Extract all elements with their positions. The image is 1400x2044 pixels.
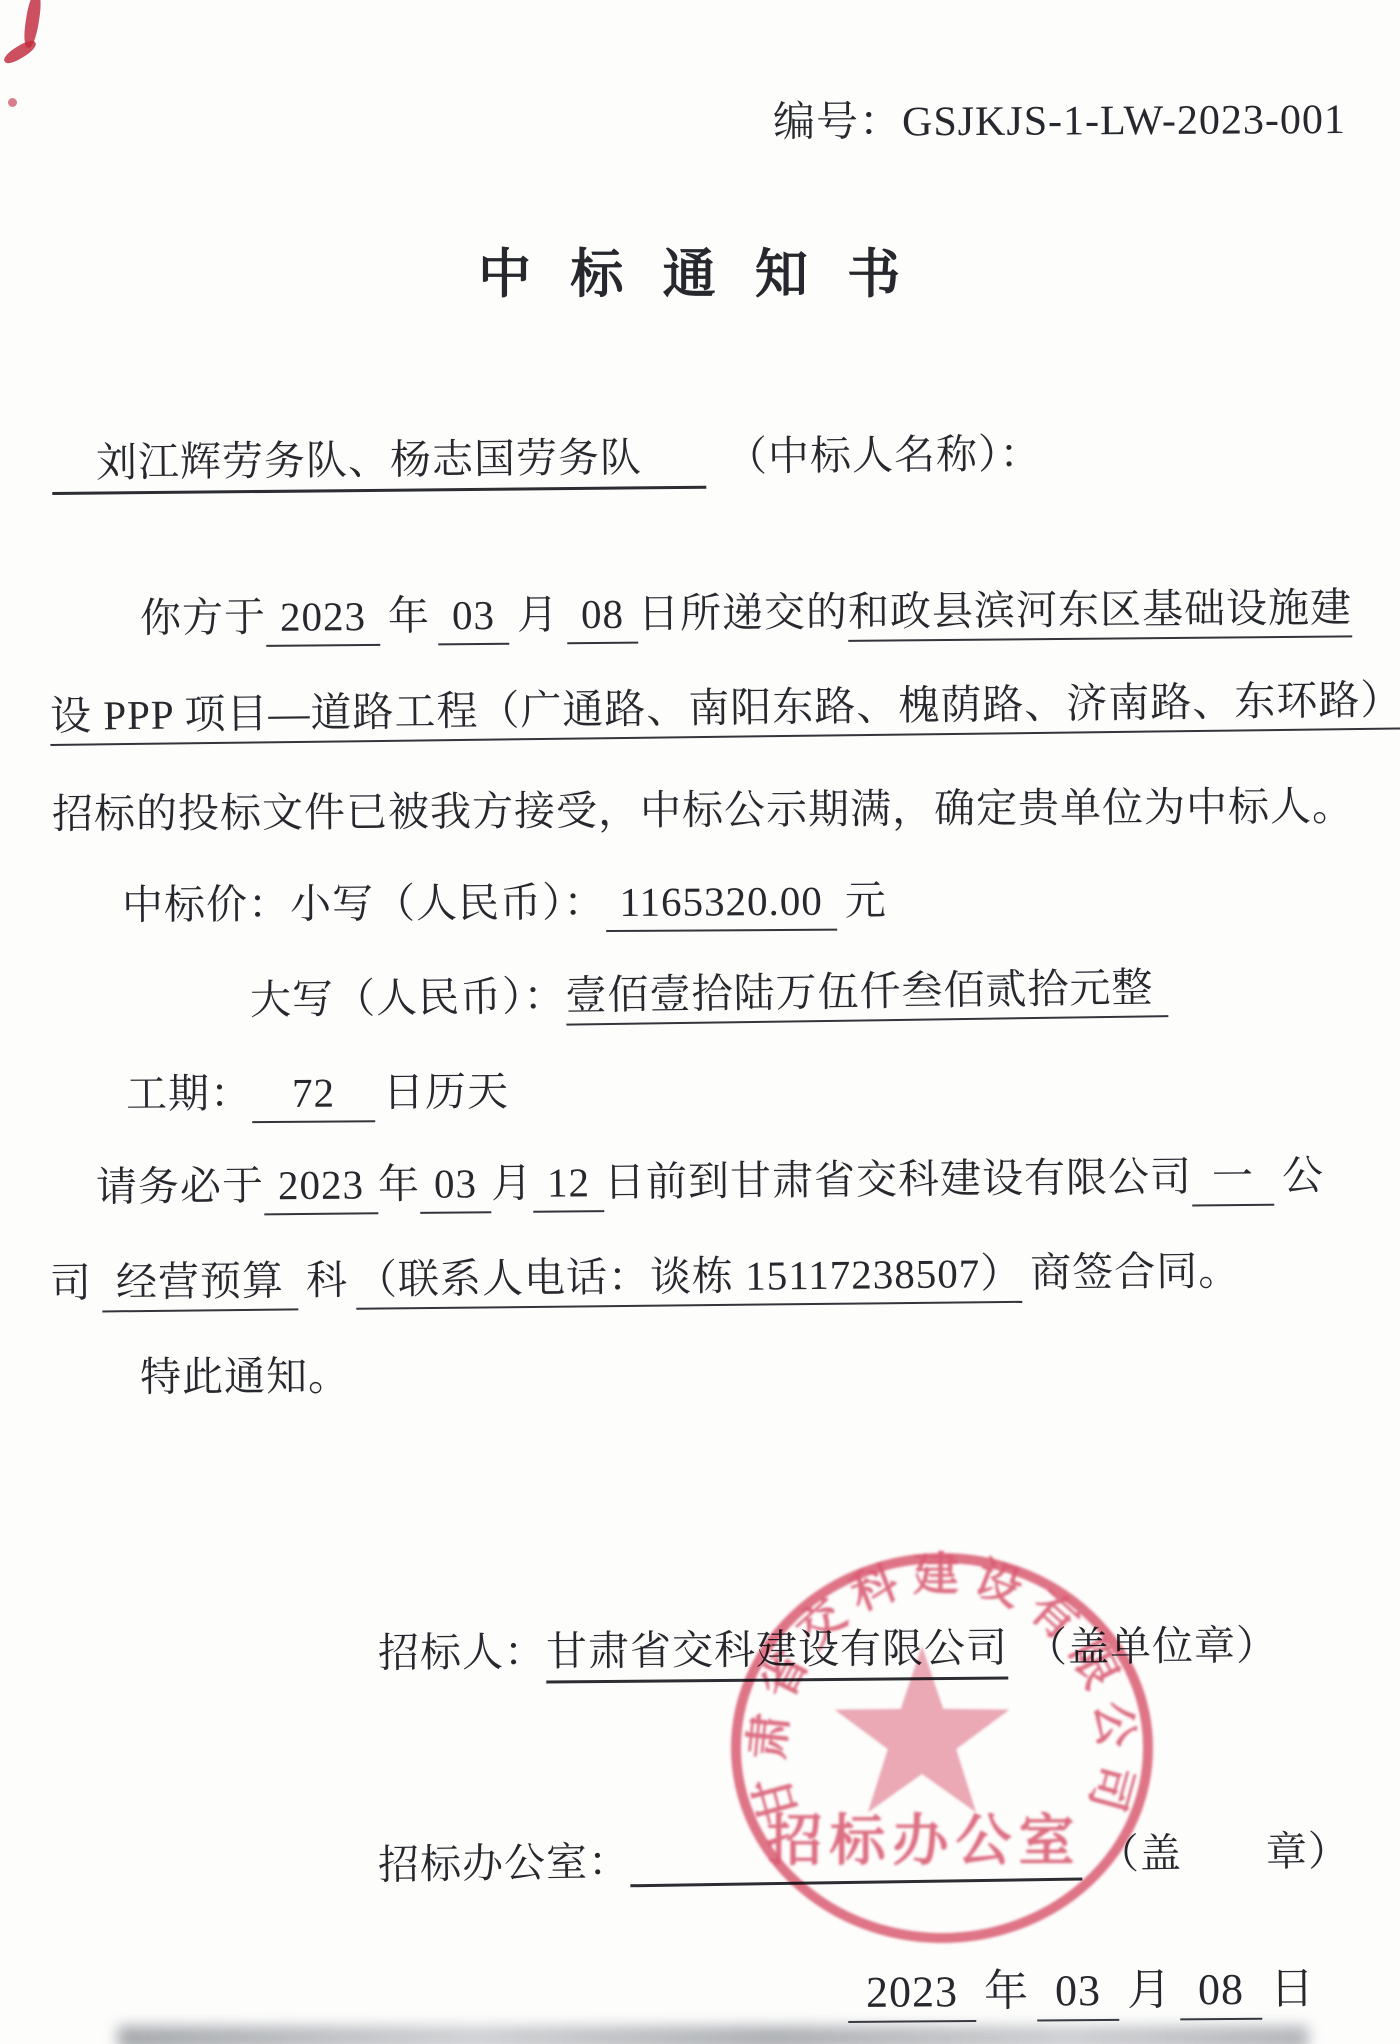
winner-label: （中标人名称）： xyxy=(726,431,1042,480)
contract-month: 03 xyxy=(420,1160,492,1214)
branch-number: 一 xyxy=(1192,1153,1275,1207)
price-line: 中标价：小写（人民币）：1165320.00元 xyxy=(122,867,895,931)
official-red-seal: 甘肃省交科建设有限公司 招标办公室 xyxy=(722,1538,1192,1958)
contract-day: 12 xyxy=(533,1159,605,1213)
duration-label: 工期： xyxy=(126,1070,252,1117)
doc-number-line: 编号：GSJKJS-1-LW-2023-001 xyxy=(773,86,1346,149)
date-year: 2023 xyxy=(848,1967,976,2023)
duration-line: 工期：72日历天 xyxy=(126,1058,517,1120)
price-unit: 元 xyxy=(845,877,887,923)
day-unit: 日 xyxy=(1270,1964,1315,2013)
bidder-label: 招标人： xyxy=(378,1629,546,1676)
red-scan-artifact xyxy=(8,98,17,107)
office-label: 招标办公室： xyxy=(378,1838,631,1888)
contract-text: 公 xyxy=(1282,1152,1324,1198)
doc-number-label: 编号： xyxy=(773,99,902,146)
red-scan-artifact xyxy=(2,37,39,66)
date-day: 08 xyxy=(1180,1965,1262,2021)
month-unit: 月 xyxy=(491,1160,533,1206)
submit-year: 2023 xyxy=(266,593,380,647)
contract-line-2: 司经营预算科（联系人电话：谈栋 15117238507）商签合同。 xyxy=(50,1237,1249,1309)
seal-bottom-text: 招标办公室 xyxy=(767,1811,1082,1873)
department-unit: 科 xyxy=(306,1257,348,1303)
month-unit: 月 xyxy=(517,591,559,637)
duration-value: 72 xyxy=(252,1069,375,1123)
winner-names: 刘江辉劳务队、杨志国劳务队 xyxy=(52,434,706,495)
date-line: 2023年03月08日 xyxy=(848,1952,1323,2020)
month-unit: 月 xyxy=(1127,1965,1172,2014)
body-line-3: 招标的投标文件已被我方接受，中标公示期满，确定贵单位为中标人。 xyxy=(52,773,1354,840)
price-caps-label: 大写（人民币）： xyxy=(250,973,566,1023)
price-value: 1165320.00 xyxy=(605,878,837,932)
price-caps-line: 大写（人民币）：壹佰壹拾陆万伍仟叁佰贰拾元整 xyxy=(250,954,1168,1026)
body-line-1: 你方于2023年03月08日所递交的和政县滨河东区基础设施建 xyxy=(140,574,1352,644)
contract-year: 2023 xyxy=(264,1161,379,1215)
body-line-2: 设 PPP 项目—道路工程（广通路、南阳东路、槐荫路、济南路、东环路） xyxy=(50,666,1400,742)
contract-mid: 日前到甘肃省交科建设有限公司 xyxy=(604,1153,1192,1205)
bottom-scan-smudge xyxy=(118,2026,1308,2044)
price-label: 中标价：小写（人民币）： xyxy=(122,879,606,928)
date-month: 03 xyxy=(1037,1966,1119,2022)
body-text: 日所递交的 xyxy=(638,589,848,637)
notice-line: 特此通知。 xyxy=(140,1343,350,1403)
year-unit: 年 xyxy=(388,592,430,638)
price-caps-value: 壹佰壹拾陆万伍仟叁佰贰拾元整 xyxy=(565,964,1168,1025)
body-text: 你方于 xyxy=(140,594,266,641)
submit-day: 08 xyxy=(567,591,638,645)
winner-line: 刘江辉劳务队、杨志国劳务队（中标人名称）： xyxy=(52,421,1042,489)
year-unit: 年 xyxy=(378,1161,420,1207)
contact-info: （联系人电话：谈栋 15117238507） xyxy=(356,1250,1023,1310)
project-name-part2: 设 PPP 项目—道路工程（广通路、南阳东路、槐荫路、济南路、东环路） xyxy=(50,676,1400,746)
project-name-part1: 和政县滨河东区基础设施建 xyxy=(848,584,1352,641)
duration-unit: 日历天 xyxy=(383,1068,509,1115)
submit-month: 03 xyxy=(438,592,509,646)
department-name: 经营预算 xyxy=(102,1257,299,1312)
year-unit: 年 xyxy=(984,1967,1029,2016)
contract-text: 司 xyxy=(50,1260,92,1306)
contract-line-1: 请务必于2023年03月12日前到甘肃省交科建设有限公司一公 xyxy=(96,1142,1333,1213)
award-notice-document: 编号：GSJKJS-1-LW-2023-001 中 标 通 知 书 刘江辉劳务队… xyxy=(0,0,1400,2044)
contract-pre: 请务必于 xyxy=(96,1162,264,1210)
contract-end: 商签合同。 xyxy=(1030,1248,1240,1296)
page-title: 中 标 通 知 书 xyxy=(478,232,913,308)
seal-star-icon xyxy=(835,1646,1010,1812)
doc-number-value: GSJKJS-1-LW-2023-001 xyxy=(902,97,1346,145)
